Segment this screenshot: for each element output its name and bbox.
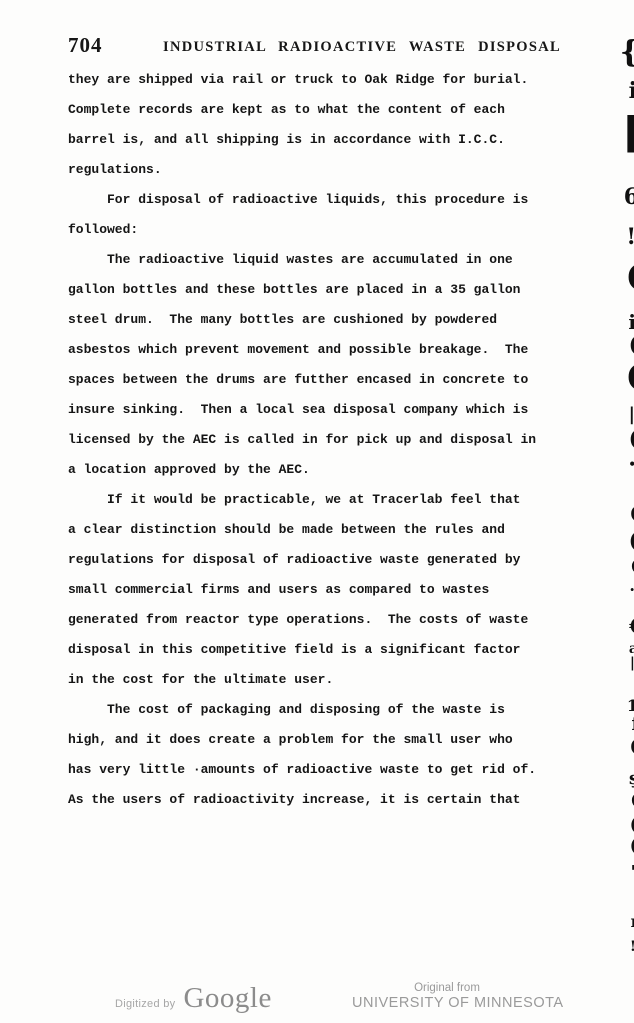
scan-artifact-mark: r: [631, 914, 634, 930]
text-line: regulations for disposal of radioactive …: [68, 545, 568, 575]
scan-artifact-mark: !: [626, 226, 634, 248]
original-from-credit: Original from UNIVERSITY OF MINNESOTA: [352, 981, 542, 1011]
text-line: steel drum. The many bottles are cushion…: [68, 305, 568, 335]
scan-artifact-mark: a: [629, 642, 634, 656]
scan-artifact-mark: (: [629, 505, 634, 523]
text-line: a clear distinction should be made betwe…: [68, 515, 568, 545]
scan-artifact-mark: (: [630, 814, 634, 834]
running-title: INDUSTRIAL RADIOACTIVE WASTE DISPOSAL: [163, 39, 561, 56]
text-line: generated from reactor type operations. …: [68, 605, 568, 635]
text-line: small commercial firms and users as comp…: [68, 575, 568, 605]
scan-artifact-mark: ·: [629, 582, 634, 598]
google-logo: Google: [183, 982, 271, 1015]
text-line: barrel is, and all shipping is in accord…: [68, 125, 568, 155]
text-line: gallon bottles and these bottles are pla…: [68, 275, 568, 305]
text-line: spaces between the drums are futther enc…: [68, 365, 568, 395]
scan-artifact-mark: (: [630, 792, 634, 808]
scan-artifact-mark: (: [629, 334, 634, 356]
scan-artifact-mark: 6: [624, 186, 634, 208]
scan-artifact-mark: [: [622, 112, 634, 154]
scan-artifact-mark: i: [629, 80, 634, 102]
scan-artifact-mark: {: [620, 38, 634, 68]
page-number: 704: [68, 33, 103, 58]
scan-artifact-mark: !: [630, 940, 634, 954]
text-line: has very little ·amounts of radioactive …: [68, 755, 568, 785]
scan-artifact-mark: (: [630, 558, 634, 574]
scan-artifact-mark: ': [630, 864, 634, 882]
scan-artifact-mark: |: [630, 656, 634, 670]
text-line: a location approved by the AEC.: [68, 455, 568, 485]
text-line: licensed by the AEC is called in for pic…: [68, 425, 568, 455]
scan-artifact-mark: €: [629, 616, 634, 636]
scan-artifact-mark: (: [626, 362, 634, 392]
text-line: asbestos which prevent movement and poss…: [68, 335, 568, 365]
text-line: followed:: [68, 215, 568, 245]
text-line: insure sinking. Then a local sea disposa…: [68, 395, 568, 425]
book-page-scan: 704 INDUSTRIAL RADIOACTIVE WASTE DISPOSA…: [0, 0, 634, 1023]
scan-artifact-mark: |: [628, 406, 634, 424]
original-from-label: Original from: [352, 981, 542, 995]
scan-artifact-mark: ş: [629, 770, 634, 788]
text-line: disposal in this competitive field is a …: [68, 635, 568, 665]
digitized-by-credit: Digitized by Google: [115, 982, 272, 1015]
text-line: they are shipped via rail or truck to Oa…: [68, 65, 568, 95]
text-line: in the cost for the ultimate user.: [68, 665, 568, 695]
text-line: If it would be practicable, we at Tracer…: [68, 485, 568, 515]
text-line: As the users of radioactivity increase, …: [68, 785, 568, 815]
page-body-text: they are shipped via rail or truck to Oa…: [68, 65, 568, 815]
scan-edge-artifacts: {i[6!(i((|(•(((·€a|1f(ş((('/r!: [614, 0, 634, 1023]
text-line: For disposal of radioactive liquids, thi…: [68, 185, 568, 215]
scan-artifact-mark: (: [626, 262, 634, 292]
digitized-by-label: Digitized by: [115, 998, 175, 1010]
text-line: high, and it does create a problem for t…: [68, 725, 568, 755]
scan-artifact-mark: (: [629, 738, 634, 756]
text-line: regulations.: [68, 155, 568, 185]
text-line: Complete records are kept as to what the…: [68, 95, 568, 125]
scan-artifact-mark: (: [630, 835, 634, 855]
scan-artifact-mark: •: [628, 458, 634, 470]
scan-artifact-mark: i: [628, 312, 634, 332]
institution-name: UNIVERSITY OF MINNESOTA: [352, 995, 542, 1011]
text-line: The cost of packaging and disposing of t…: [68, 695, 568, 725]
scan-artifact-mark: (: [629, 530, 634, 552]
text-line: The radioactive liquid wastes are accumu…: [68, 245, 568, 275]
scan-artifact-mark: (: [629, 428, 634, 450]
